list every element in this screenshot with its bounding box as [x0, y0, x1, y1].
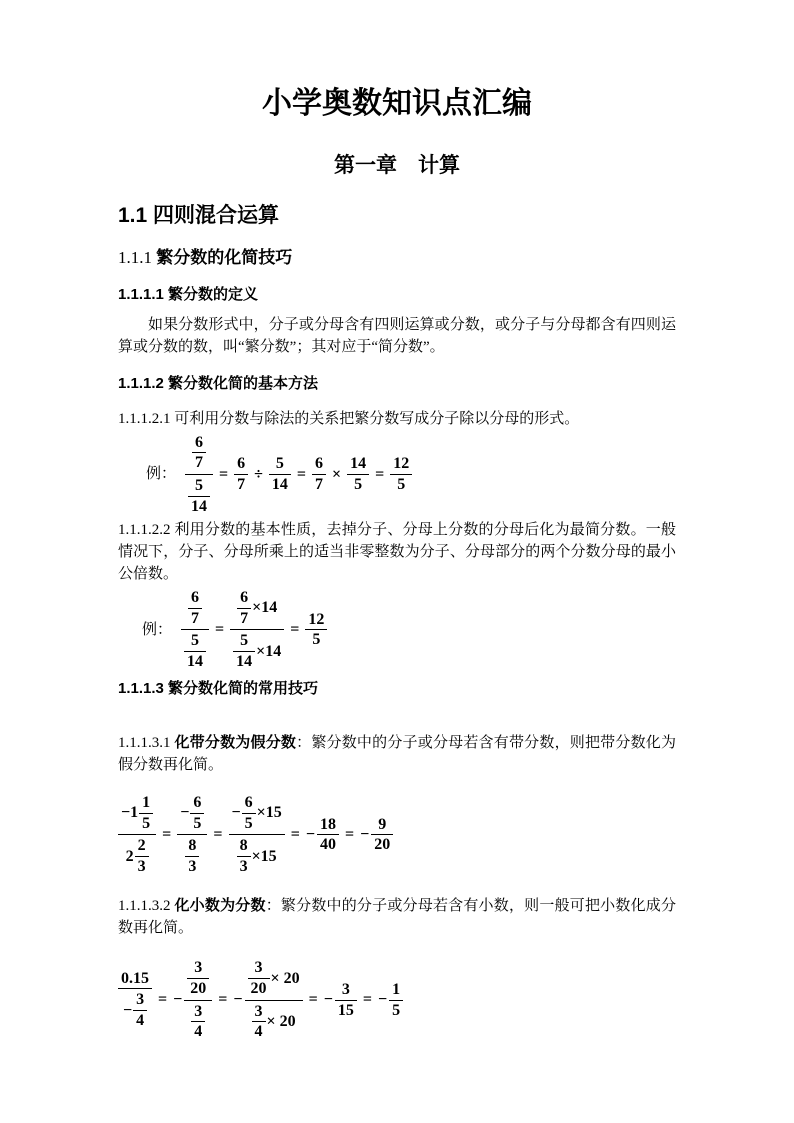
fraction: 67 — [237, 588, 251, 628]
numerator: 14 — [350, 455, 366, 473]
numerator: 6 — [237, 455, 245, 473]
big-fraction: 67 514 — [185, 432, 213, 517]
fraction: 315 — [335, 980, 357, 1020]
big-fraction: 320× 20 34× 20 — [245, 957, 303, 1042]
numerator: 8 — [188, 837, 196, 855]
denominator: 5 — [354, 476, 362, 494]
big-fraction: −65×15 83×15 — [229, 792, 285, 877]
multiplier: × 20 — [267, 1013, 296, 1031]
fraction: 67 — [188, 588, 202, 628]
fraction: 125 — [305, 610, 327, 650]
equals-sign: = — [218, 991, 227, 1009]
denominator: 20 — [251, 980, 267, 998]
numerator: 3 — [194, 959, 202, 977]
denominator: 7 — [315, 476, 323, 494]
fraction: 67 — [192, 433, 206, 473]
fraction: 67 — [234, 454, 248, 494]
denominator: 3 — [240, 858, 248, 876]
minus-sign: − — [360, 826, 369, 844]
numerator: 3 — [194, 1003, 202, 1021]
fraction: 920 — [371, 815, 393, 855]
numerator: 2 — [138, 837, 146, 855]
big-fraction: 67 514 — [181, 587, 209, 672]
formula-2: 例： 67 514 = 67×14 514×14 = 125 — [142, 587, 676, 672]
numerator: 6 — [315, 455, 323, 473]
equals-sign: = — [219, 466, 228, 484]
heading-1-1-1-3: 1.1.1.3 繁分数化简的常用技巧 — [118, 679, 676, 699]
denominator: 14 — [187, 653, 203, 671]
heading-1-1-1-2: 1.1.1.2 繁分数化简的基本方法 — [118, 374, 676, 394]
big-fraction: 67×14 514×14 — [230, 587, 284, 672]
example-label: 例： — [146, 466, 176, 483]
denominator: 7 — [195, 454, 203, 472]
fraction: 125 — [390, 454, 412, 494]
fraction: 1840 — [317, 815, 339, 855]
fraction: 514 — [233, 631, 255, 671]
fraction: 34 — [191, 1002, 205, 1042]
big-fraction: −115 223 — [118, 792, 156, 877]
equals-sign: = — [375, 466, 384, 484]
times-sign: × — [332, 466, 341, 484]
numerator: 1 — [392, 981, 400, 999]
chapter-heading: 第一章 计算 — [118, 153, 676, 178]
mixed-integer: −1 — [121, 804, 138, 822]
paragraph-number: 1.1.1.3.2 — [118, 898, 174, 914]
heading-1-1: 1.1 四则混合运算 — [118, 203, 676, 228]
equals-sign: = — [363, 991, 372, 1009]
formula-1: 例： 67 514 = 67 ÷ 514 = 67 × 145 = 125 — [146, 432, 676, 517]
multiplier: ×15 — [257, 804, 282, 822]
fraction: 34 — [133, 990, 147, 1030]
fraction: 514 — [269, 454, 291, 494]
denominator: 5 — [312, 631, 320, 649]
numerator: 5 — [276, 455, 284, 473]
equals-sign: = — [291, 826, 300, 844]
heading-1-1-1-1: 1.1.1.1 繁分数的定义 — [118, 285, 676, 305]
fraction: 65 — [190, 793, 204, 833]
term-bold: 化带分数为假分数 — [174, 735, 296, 751]
denominator: 40 — [320, 836, 336, 854]
minus-sign: − — [173, 991, 182, 1009]
equals-sign: = — [345, 826, 354, 844]
numerator: 5 — [240, 632, 248, 650]
minus-sign: − — [233, 991, 242, 1009]
equals-sign: = — [158, 991, 167, 1009]
fraction: 320 — [187, 958, 209, 998]
equals-sign: = — [213, 826, 222, 844]
denominator: 4 — [255, 1023, 263, 1041]
fraction: 34 — [252, 1002, 266, 1042]
big-fraction: 0.15 −34 — [118, 969, 152, 1032]
fraction: 145 — [347, 454, 369, 494]
minus-sign: − — [324, 991, 333, 1009]
denominator: 7 — [240, 610, 248, 628]
numerator: 5 — [191, 632, 199, 650]
numerator: 3 — [136, 991, 144, 1009]
fraction: 83 — [237, 836, 251, 876]
multiplier: ×15 — [252, 848, 277, 866]
denominator: 3 — [138, 858, 146, 876]
denominator: 7 — [237, 476, 245, 494]
big-fraction: −65 83 — [177, 792, 207, 877]
fraction: 514 — [184, 631, 206, 671]
equals-sign: = — [290, 621, 299, 639]
fraction: 83 — [185, 836, 199, 876]
numerator: 6 — [195, 434, 203, 452]
paragraph-number: 1.1.1.3.1 — [118, 735, 174, 751]
divide-sign: ÷ — [254, 466, 263, 484]
numerator: 12 — [393, 455, 409, 473]
denominator: 4 — [136, 1012, 144, 1030]
fraction: 514 — [188, 476, 210, 516]
minus-sign: − — [123, 1002, 132, 1020]
equals-sign: = — [309, 991, 318, 1009]
equals-sign: = — [162, 826, 171, 844]
heading-text: 繁分数化简的常用技巧 — [168, 680, 318, 697]
fraction: 320 — [248, 958, 270, 998]
fraction: 67 — [312, 454, 326, 494]
denominator: 14 — [191, 498, 207, 516]
formula-4: 0.15 −34 = − 320 34 = − 320× 20 34× 20 =… — [118, 957, 676, 1042]
example-label: 例： — [142, 622, 172, 639]
numerator: 3 — [255, 959, 263, 977]
fraction: 65 — [242, 793, 256, 833]
minus-sign: − — [378, 991, 387, 1009]
multiplier: ×14 — [252, 599, 277, 617]
numerator: 9 — [378, 816, 386, 834]
term-bold: 化小数为分数 — [174, 898, 265, 914]
doc-title: 小学奥数知识点汇编 — [118, 86, 676, 122]
numerator: 6 — [193, 794, 201, 812]
numerator: 6 — [245, 794, 253, 812]
denominator: 5 — [193, 815, 201, 833]
multiplier: ×14 — [256, 643, 281, 661]
denominator: 15 — [338, 1002, 354, 1020]
formula-3: −115 223 = −65 83 = −65×15 83×15 = − 184… — [118, 792, 676, 877]
mixed-integer: 2 — [126, 848, 134, 866]
numerator: 5 — [195, 477, 203, 495]
denominator: 7 — [191, 610, 199, 628]
heading-text: 繁分数化简的基本方法 — [168, 375, 318, 392]
denominator: 5 — [397, 476, 405, 494]
big-fraction: 320 34 — [184, 957, 212, 1042]
numerator: 18 — [320, 816, 336, 834]
minus-sign: − — [180, 804, 189, 822]
heading-1-1-1: 1.1.1 繁分数的化简技巧 — [118, 248, 676, 268]
heading-number: 1.1.1.1 — [118, 286, 168, 303]
denominator: 5 — [245, 815, 253, 833]
denominator: 5 — [392, 1002, 400, 1020]
paragraph-1-1-1-2-2: 1.1.1.2.2 利用分数的基本性质，去掉分子、分母上分数的分母后化为最简分数… — [118, 519, 676, 585]
heading-text: 繁分数的定义 — [168, 286, 258, 303]
denominator: 5 — [142, 815, 150, 833]
minus-sign: − — [232, 804, 241, 822]
multiplier: × 20 — [271, 970, 300, 988]
denominator: 20 — [190, 980, 206, 998]
numerator: 6 — [240, 589, 248, 607]
numerator: 3 — [255, 1003, 263, 1021]
equals-sign: = — [215, 621, 224, 639]
denominator: 3 — [188, 858, 196, 876]
paragraph-1-1-1-2-1: 1.1.1.2.1 可利用分数与除法的关系把繁分数写成分子除以分母的形式。 — [118, 408, 676, 430]
fraction: 15 — [389, 980, 403, 1020]
paragraph-1-1-1-3-1: 1.1.1.3.1 化带分数为假分数：繁分数中的分子或分母若含有带分数，则把带分… — [118, 732, 676, 776]
equals-sign: = — [297, 466, 306, 484]
numerator: 6 — [191, 589, 199, 607]
denominator: 4 — [194, 1023, 202, 1041]
numerator: 8 — [240, 837, 248, 855]
numerator: 1 — [142, 794, 150, 812]
heading-number: 1.1.1.2 — [118, 375, 168, 392]
fraction: 23 — [135, 836, 149, 876]
numerator: 3 — [342, 981, 350, 999]
heading-text: 繁分数的化简技巧 — [156, 248, 292, 267]
decimal-value: 0.15 — [121, 970, 149, 988]
fraction: 15 — [139, 793, 153, 833]
denominator: 14 — [272, 476, 288, 494]
numerator: 12 — [308, 611, 324, 629]
paragraph-definition: 如果分数形式中，分子或分母含有四则运算或分数，或分子与分母都含有四则运算或分数的… — [118, 314, 676, 358]
denominator: 14 — [236, 653, 252, 671]
minus-sign: − — [306, 826, 315, 844]
heading-number: 1.1.1.3 — [118, 680, 168, 697]
heading-number: 1.1.1 — [118, 248, 156, 267]
paragraph-1-1-1-3-2: 1.1.1.3.2 化小数为分数：繁分数中的分子或分母若含有小数，则一般可把小数… — [118, 895, 676, 939]
document-page: 小学奥数知识点汇编 第一章 计算 1.1 四则混合运算 1.1.1 繁分数的化简… — [0, 0, 794, 1123]
denominator: 20 — [374, 836, 390, 854]
